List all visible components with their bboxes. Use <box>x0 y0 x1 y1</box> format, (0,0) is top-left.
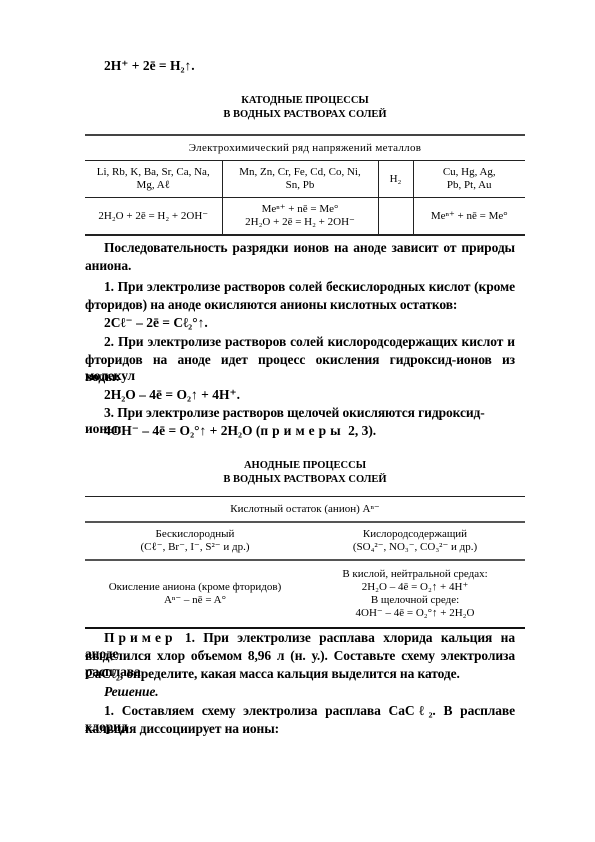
anode-intro-line2: аниона. <box>85 258 515 274</box>
anode-process-acidic-label: В кислой, нейтральной средах: <box>308 568 522 581</box>
metals-noble: Cu, Hg, Ag, Pb, Pt, Au <box>413 161 525 198</box>
rule3-ref-nums: 2, 3). <box>345 423 377 438</box>
metals-noble-line1: Cu, Hg, Ag, <box>417 166 523 179</box>
example1-label: Пример <box>104 630 176 645</box>
anion-oxygen-free-examples: (Cℓ⁻, Br⁻, I⁻, S²⁻ и др.) <box>88 541 302 554</box>
process-medium-line2: 2H₂O + 2ē = H₂ + 2OH⁻ <box>226 216 375 229</box>
process-medium: Meⁿ⁺ + nē = Me° 2H₂O + 2ē = H₂ + 2OH⁻ <box>222 198 378 236</box>
rule2-line1: 2. При электролизе растворов солей кисло… <box>85 334 515 350</box>
cathode-title: КАТОДНЫЕ ПРОЦЕССЫ В ВОДНЫХ РАСТВОРАХ СОЛ… <box>85 94 525 122</box>
hydrogen-equation: 2H⁺ + 2ē = H₂↑. <box>104 58 195 74</box>
metals-active-line2: Mg, Aℓ <box>88 179 219 192</box>
rule2-equation: 2H₂O – 4ē = O₂↑ + 4H⁺. <box>104 387 240 403</box>
metals-medium: Mn, Zn, Cr, Fe, Cd, Co, Ni, Sn, Pb <box>222 161 378 198</box>
process-medium-line1: Meⁿ⁺ + nē = Me° <box>226 203 375 216</box>
rule3-ref-word: примеры <box>260 423 344 438</box>
rule3-equation-line: 4OH⁻ – 4ē = O₂°↑ + 2H₂O (примеры 2, 3). <box>104 423 376 439</box>
cathode-title-line1: КАТОДНЫЕ ПРОЦЕССЫ <box>85 94 525 108</box>
metals-medium-line2: Sn, Pb <box>226 179 375 192</box>
anode-process-oxygen-containing: В кислой, нейтральной средах: 2H₂O – 4ē … <box>305 560 525 628</box>
step1-line2: кальция диссоциирует на ионы: <box>85 721 515 737</box>
rule1-line1: 1. При электролизе растворов солей бески… <box>85 279 515 295</box>
cathode-table-header: Электрохимический ряд напряжений металло… <box>85 135 525 161</box>
metals-medium-line1: Mn, Zn, Cr, Fe, Cd, Co, Ni, <box>226 166 375 179</box>
anode-table-header: Кислотный остаток (анион) Aⁿ⁻ <box>85 497 525 523</box>
metals-active: Li, Rb, K, Ba, Sr, Ca, Na, Mg, Aℓ <box>85 161 222 198</box>
hydrogen-cell: H₂ <box>378 161 413 198</box>
solution-label: Решение. <box>85 684 515 700</box>
process-hydrogen <box>378 198 413 236</box>
anion-oxygen-containing-examples: (SO₄²⁻, NO₃⁻, CO₃²⁻ и др.) <box>308 541 522 554</box>
anode-table: Кислотный остаток (анион) Aⁿ⁻ Бескислоро… <box>85 496 525 629</box>
anode-process-oxygen-free-line2: Aⁿ⁻ – nē = A° <box>88 594 302 607</box>
example1-line3: CaCℓ₂, определите, какая масса кальция в… <box>85 666 515 682</box>
anion-oxygen-containing: Кислородсодержащий (SO₄²⁻, NO₃⁻, CO₃²⁻ и… <box>305 522 525 560</box>
anode-process-oxygen-free-line1: Окисление аниона (кроме фторидов) <box>88 581 302 594</box>
metals-active-line1: Li, Rb, K, Ba, Sr, Ca, Na, <box>88 166 219 179</box>
anion-oxygen-containing-title: Кислородсодержащий <box>308 528 522 541</box>
anion-oxygen-free-title: Бескислородный <box>88 528 302 541</box>
rule3-ref: (примеры 2, 3). <box>256 423 376 438</box>
cathode-table: Электрохимический ряд напряжений металло… <box>85 134 525 236</box>
anion-oxygen-free: Бескислородный (Cℓ⁻, Br⁻, I⁻, S²⁻ и др.) <box>85 522 305 560</box>
cathode-title-line2: В ВОДНЫХ РАСТВОРАХ СОЛЕЙ <box>85 108 525 122</box>
anode-process-oxygen-free: Окисление аниона (кроме фторидов) Aⁿ⁻ – … <box>85 560 305 628</box>
rule1-line2: фторидов) на аноде окисляются анионы кис… <box>85 297 515 313</box>
process-noble: Meⁿ⁺ + nē = Me° <box>413 198 525 236</box>
metals-noble-line2: Pb, Pt, Au <box>417 179 523 192</box>
anode-process-acidic-eq: 2H₂O – 4ē = O₂↑ + 4H⁺ <box>308 581 522 594</box>
anode-title-line1: АНОДНЫЕ ПРОЦЕССЫ <box>85 459 525 473</box>
anode-title-line2: В ВОДНЫХ РАСТВОРАХ СОЛЕЙ <box>85 473 525 487</box>
rule2-line3: воды: <box>85 369 515 385</box>
anode-title: АНОДНЫЕ ПРОЦЕССЫ В ВОДНЫХ РАСТВОРАХ СОЛЕ… <box>85 459 525 487</box>
anode-process-alkaline-label: В щелочной среде: <box>308 594 522 607</box>
anode-process-alkaline-eq: 4OH⁻ – 4ē = O₂°↑ + 2H₂O <box>308 607 522 620</box>
rule3-equation: 4OH⁻ – 4ē = O₂°↑ + 2H₂O <box>104 423 253 438</box>
process-active: 2H₂O + 2ē = H₂ + 2OH⁻ <box>85 198 222 236</box>
rule1-equation: 2Cℓ⁻ – 2ē = Cℓ₂°↑. <box>104 315 208 331</box>
anode-intro-line1: Последовательность разрядки ионов на ано… <box>85 240 515 256</box>
